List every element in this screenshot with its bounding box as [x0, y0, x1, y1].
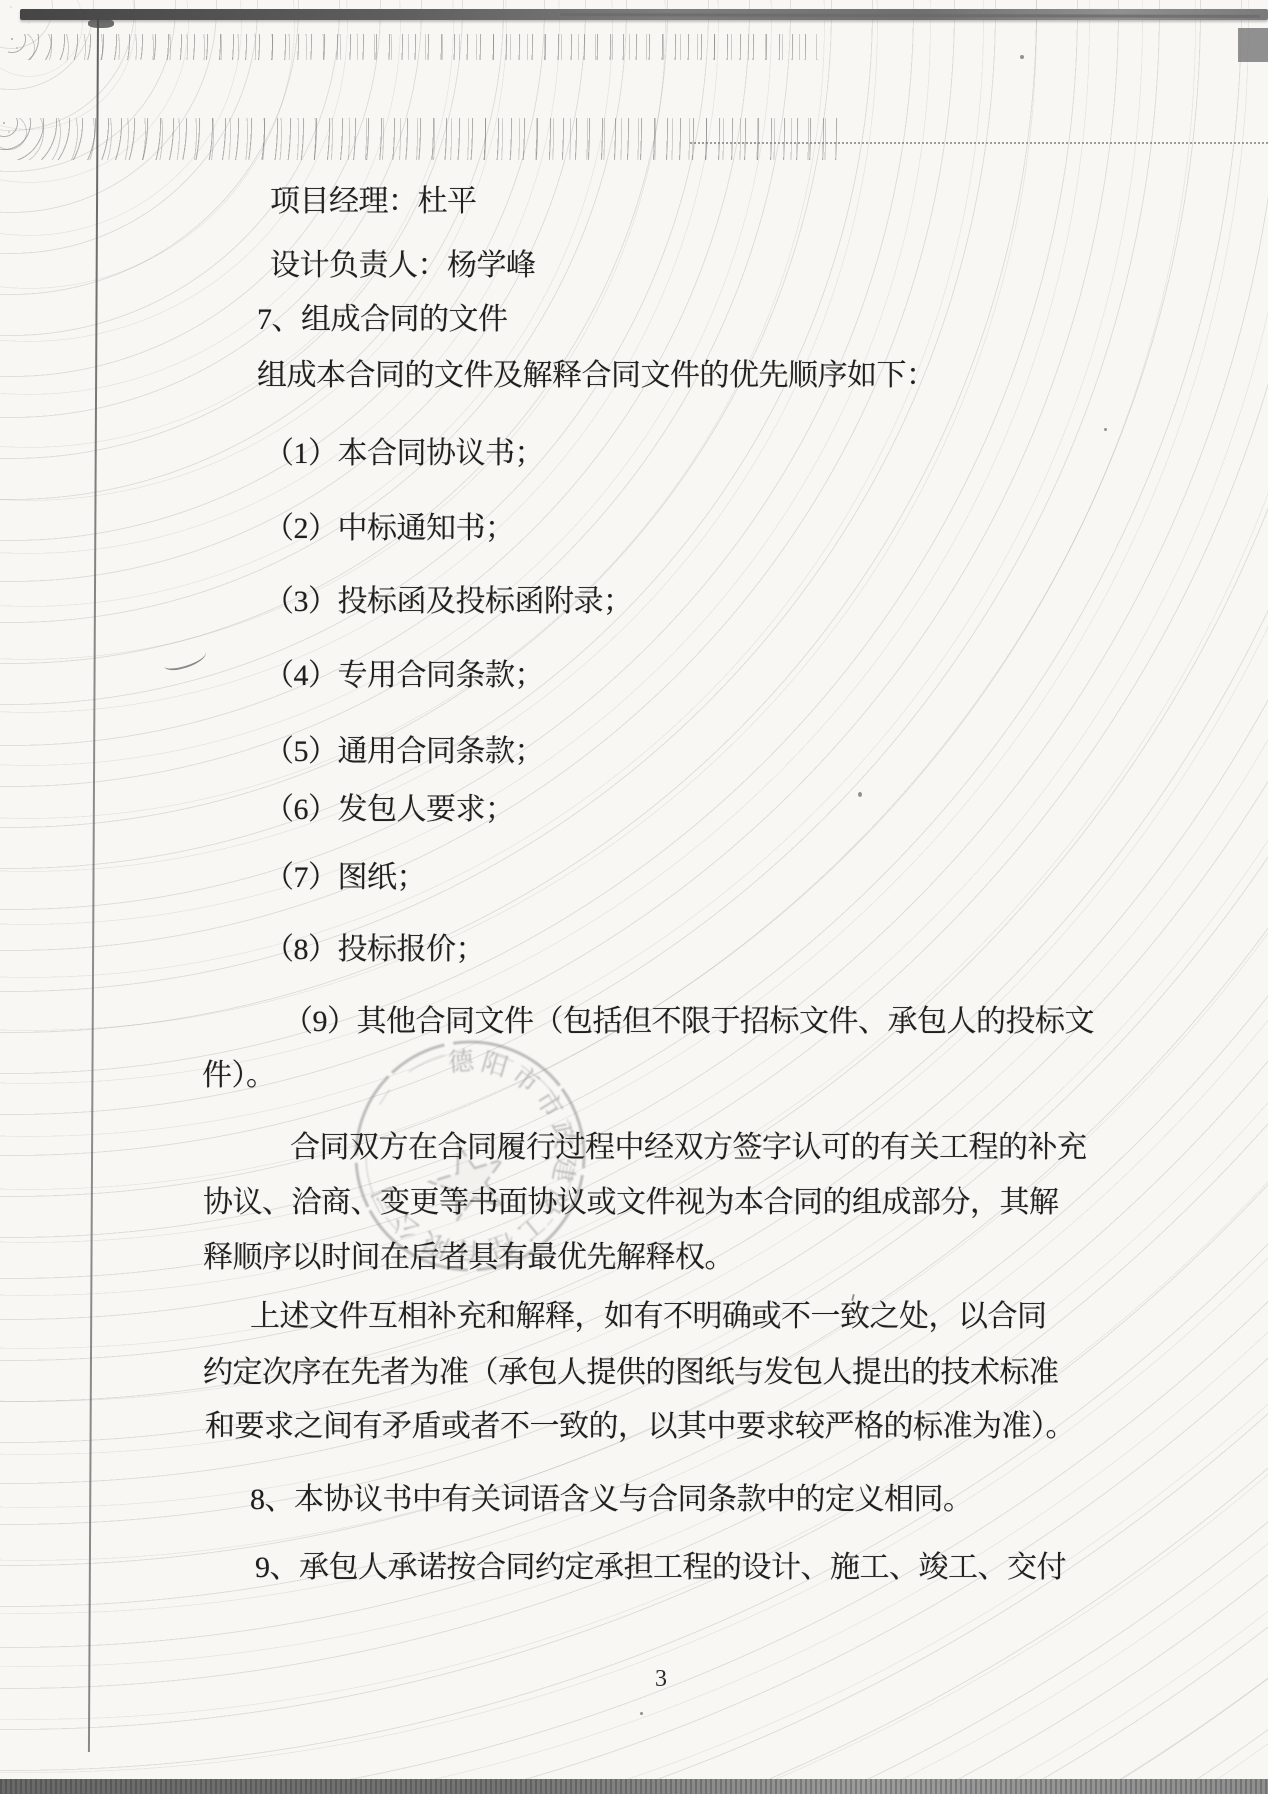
page-number: 3: [655, 1666, 667, 1693]
scan-speckle: [1020, 55, 1024, 59]
scanned-contract-page: 德阳市市政建设工程有限公司 项目经理：杜平 设计负责人：杨学峰 7、组成合同的文…: [0, 0, 1268, 1794]
page-fold-line: [88, 18, 99, 1752]
line-clause8: 8、本协议书中有关词语含义与合同条款中的定义相同。: [250, 1484, 973, 1516]
scan-speckle: [1104, 428, 1107, 431]
scan-top-right-smudge: [1238, 28, 1268, 62]
line-item-2: （2）中标通知书；: [264, 513, 515, 545]
line-supplement-para-2: 协议、洽商、变更等书面协议或文件视为本合同的组成部分，其解: [203, 1187, 1059, 1219]
scan-noise-band: [0, 118, 840, 160]
line-item-3: （3）投标函及投标函附录；: [264, 586, 633, 618]
scan-speckle: [858, 792, 862, 797]
line-clause9: 9、承包人承诺按合同约定承担工程的设计、施工、竣工、交付: [255, 1552, 1066, 1584]
scan-dotted-line: [690, 142, 1268, 144]
scan-speckle: [640, 1712, 643, 1715]
line-precedence-para-1: 上述文件互相补充和解释，如有不明确或不一致之处，以合同: [250, 1301, 1047, 1333]
line-project-manager: 项目经理：杜平: [270, 186, 477, 218]
scan-fold-junction-mark: [88, 19, 114, 28]
line-item-9: （9）其他合同文件（包括但不限于招标文件、承包人的投标文: [283, 1006, 1094, 1038]
line-clause7-heading: 7、组成合同的文件: [257, 304, 508, 336]
line-precedence-para-2: 约定次序在先者为准（承包人提供的图纸与发包人提出的技术标准: [203, 1357, 1059, 1389]
line-item-6: （6）发包人要求；: [264, 794, 515, 826]
line-item-1: （1）本合同协议书；: [264, 438, 544, 470]
line-item-9-cont: 件）。: [202, 1060, 276, 1092]
line-item-7: （7）图纸；: [264, 862, 426, 894]
line-design-lead: 设计负责人：杨学峰: [270, 250, 536, 282]
stray-pen-stroke: [162, 645, 209, 672]
line-item-5: （5）通用合同条款；: [264, 736, 544, 768]
line-supplement-para-1: 合同双方在合同履行过程中经双方签字认可的有关工程的补充: [290, 1132, 1087, 1164]
line-item-8: （8）投标报价；: [264, 934, 485, 966]
line-item-4: （4）专用合同条款；: [264, 660, 544, 692]
line-precedence-para-3: 和要求之间有矛盾或者不一致的，以其中要求较严格的标准为准）。: [205, 1411, 1075, 1443]
line-supplement-para-3: 释顺序以时间在后者具有最优先解释权。: [203, 1242, 734, 1274]
scan-noise-band: [8, 34, 818, 60]
line-clause7-intro: 组成本合同的文件及解释合同文件的优先顺序如下：: [257, 360, 936, 392]
scan-bottom-edge-band: [0, 1779, 1268, 1794]
